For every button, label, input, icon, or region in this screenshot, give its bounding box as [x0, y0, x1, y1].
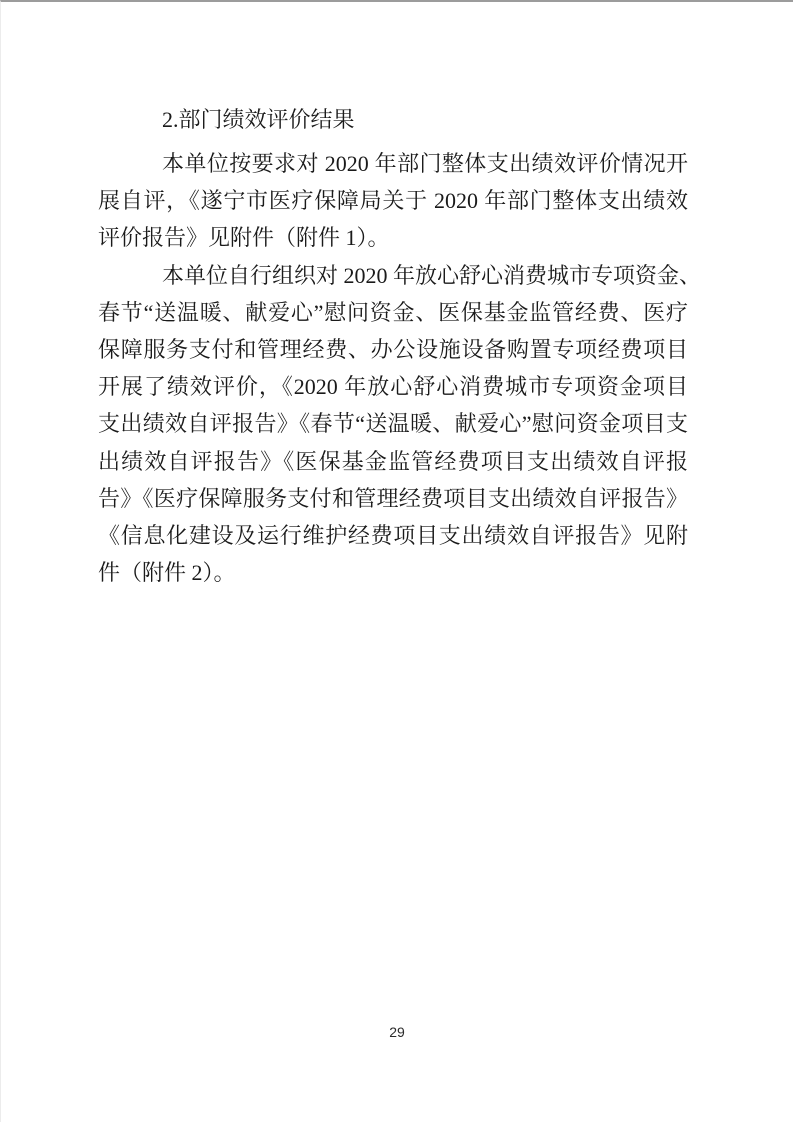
paragraph-line: 《信息化建设及运行维护经费项目支出绩效自评报告》见附 [98, 517, 688, 554]
paragraph-line: 展自评，《遂宁市医疗保障局关于 2020 年部门整体支出绩效 [98, 182, 688, 219]
paragraph: 本单位自行组织对 2020 年放心舒心消费城市专项资金、 春节“送温暖、献爱心”… [98, 257, 688, 592]
paragraph-line: 支出绩效自评报告》《春节“送温暖、献爱心”慰问资金项目支 [98, 405, 688, 442]
document-page: 2.部门绩效评价结果 本单位按要求对 2020 年部门整体支出绩效评价情况开 展… [0, 0, 793, 1122]
paragraph: 本单位按要求对 2020 年部门整体支出绩效评价情况开 展自评，《遂宁市医疗保障… [98, 145, 688, 257]
page-number: 29 [1, 1024, 793, 1040]
paragraph-line: 开展了绩效评价，《2020 年放心舒心消费城市专项资金项目 [98, 368, 688, 405]
paragraph-line: 告》《医疗保障服务支付和管理经费项目支出绩效自评报告》 [98, 480, 688, 517]
document-body: 2.部门绩效评价结果 本单位按要求对 2020 年部门整体支出绩效评价情况开 展… [98, 101, 688, 591]
paragraph-line: 评价报告》见附件（附件 1）。 [98, 219, 688, 256]
section-heading: 2.部门绩效评价结果 [98, 101, 688, 138]
paragraph-line: 件（附件 2）。 [98, 554, 688, 591]
paragraph-line: 本单位按要求对 2020 年部门整体支出绩效评价情况开 [98, 145, 688, 182]
paragraph-line: 春节“送温暖、献爱心”慰问资金、医保基金监管经费、医疗 [98, 294, 688, 331]
paragraph-line: 保障服务支付和管理经费、办公设施设备购置专项经费项目 [98, 331, 688, 368]
paragraph-line: 本单位自行组织对 2020 年放心舒心消费城市专项资金、 [98, 257, 688, 294]
paragraph-line: 出绩效自评报告》《医保基金监管经费项目支出绩效自评报 [98, 443, 688, 480]
